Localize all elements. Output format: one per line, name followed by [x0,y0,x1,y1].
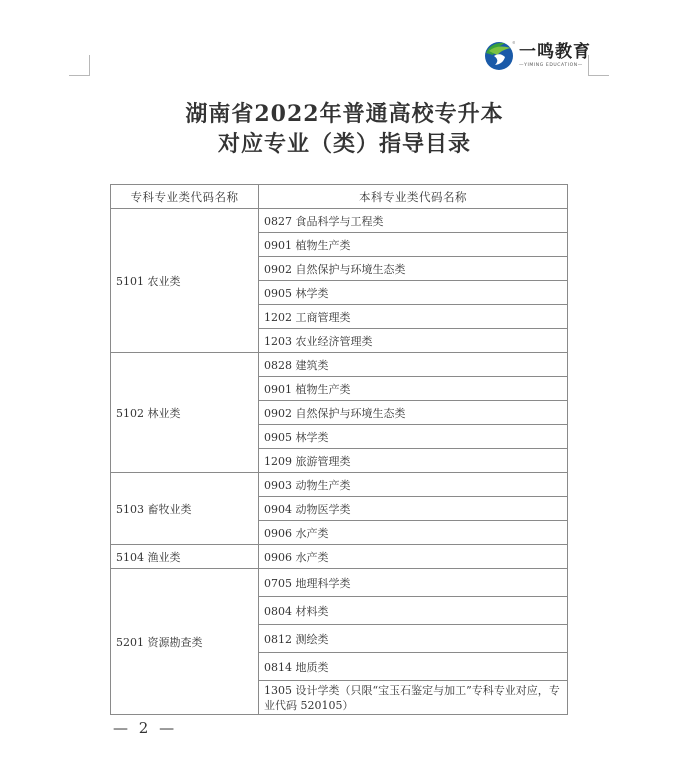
svg-text:®: ® [512,40,515,45]
benke-cell: 0828 建筑类 [259,353,568,377]
benke-cell: 1209 旅游管理类 [259,449,568,473]
document-title-line2: 对应专业（类）指导目录 [0,127,689,158]
page-number: — 2 — [113,719,177,737]
benke-cell: 0904 动物医学类 [259,497,568,521]
table-row: 5101 农业类 0827 食品科学与工程类 [111,209,568,233]
yiming-logo-icon: ® [483,39,515,71]
header-zhuanke: 专科专业类代码名称 [111,185,259,209]
benke-cell: 1203 农业经济管理类 [259,329,568,353]
benke-cell: 0905 林学类 [259,425,568,449]
benke-cell: 1305 设计学类（只限“宝玉石鉴定与加工”专科专业对应，专业代码 520105… [259,681,568,715]
benke-cell: 0902 自然保护与环境生态类 [259,257,568,281]
zhuanke-cell: 5103 畜牧业类 [111,473,259,545]
brand-logo: ® 一鸣教育 —YIMING EDUCATION— [483,37,591,73]
zhuanke-cell: 5102 林业类 [111,353,259,473]
major-mapping-table: 专科专业类代码名称 本科专业类代码名称 5101 农业类 0827 食品科学与工… [110,184,568,715]
benke-cell: 0827 食品科学与工程类 [259,209,568,233]
table-row: 5104 渔业类 0906 水产类 [111,545,568,569]
benke-cell: 0906 水产类 [259,521,568,545]
logo-name-en: —YIMING EDUCATION— [519,62,591,69]
logo-name-cn: 一鸣教育 [519,42,591,62]
crop-mark-left [69,55,90,76]
table-row: 5102 林业类 0828 建筑类 [111,353,568,377]
zhuanke-cell: 5101 农业类 [111,209,259,353]
zhuanke-cell: 5201 资源勘查类 [111,569,259,715]
document-title-line1: 湖南省2022年普通高校专升本 [0,97,689,128]
benke-cell: 0906 水产类 [259,545,568,569]
benke-cell: 0905 林学类 [259,281,568,305]
benke-cell: 0705 地理科学类 [259,569,568,597]
benke-cell: 0902 自然保护与环境生态类 [259,401,568,425]
benke-cell: 0814 地质类 [259,653,568,681]
benke-cell: 0804 材料类 [259,597,568,625]
table-row: 5103 畜牧业类 0903 动物生产类 [111,473,568,497]
header-benke: 本科专业类代码名称 [259,185,568,209]
benke-cell: 0901 植物生产类 [259,377,568,401]
benke-cell: 0901 植物生产类 [259,233,568,257]
benke-cell: 0812 测绘类 [259,625,568,653]
benke-cell: 0903 动物生产类 [259,473,568,497]
crop-mark-right [588,55,609,76]
zhuanke-cell: 5104 渔业类 [111,545,259,569]
table-row: 5201 资源勘查类 0705 地理科学类 [111,569,568,597]
table-header-row: 专科专业类代码名称 本科专业类代码名称 [111,185,568,209]
benke-cell: 1202 工商管理类 [259,305,568,329]
